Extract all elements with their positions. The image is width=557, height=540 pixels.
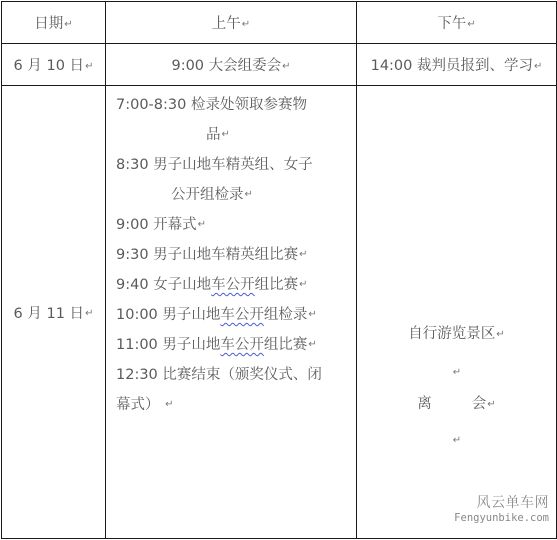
spellcheck-underlined-text[interactable]: 车公开 [211, 277, 255, 293]
schedule-item-text: 自行游览景区 [408, 326, 495, 342]
spellcheck-underlined-text[interactable]: 车公开 [220, 337, 264, 353]
list-item-continuation: 品↵ [116, 120, 350, 150]
schedule-item-text: 11:00 男子山地 [116, 337, 220, 353]
paragraph-mark-icon: ↵ [534, 61, 542, 72]
morning-schedule-cell[interactable]: 7:00-8:30 检录处领取参赛物 品↵ 8:30 男子山地车精英组、女子 公… [106, 86, 357, 539]
table-row: 6 月 10 日↵ 9:00 大会组委会↵ 14:00 裁判员报到、学习↵ [2, 44, 557, 86]
paragraph-mark-icon: ↵ [245, 189, 253, 200]
header-afternoon: 下午 [437, 16, 466, 32]
header-date: 日期 [34, 16, 63, 32]
header-morning: 上午 [212, 16, 241, 32]
schedule-item-text: 组检录 [264, 307, 308, 323]
header-afternoon-cell[interactable]: 下午↵ [357, 2, 557, 44]
paragraph-mark-icon: ↵ [453, 367, 461, 378]
paragraph-mark-icon: ↵ [85, 61, 93, 72]
paragraph-mark-icon: ↵ [308, 339, 316, 350]
empty-paragraph: ↵ [357, 364, 556, 384]
morning-text: 9:00 大会组委会 [171, 58, 281, 74]
paragraph-mark-icon: ↵ [242, 19, 250, 30]
schedule-item-text: 7:00-8:30 检录处领取参赛物 [116, 97, 307, 113]
watermark-cn: 风云单车网 [454, 496, 549, 511]
list-item: 自行游览景区↵ [357, 322, 556, 342]
list-item: 9:40 女子山地车公开组比赛↵ [116, 270, 350, 300]
morning-schedule-list: 7:00-8:30 检录处领取参赛物 品↵ 8:30 男子山地车精英组、女子 公… [106, 86, 356, 420]
schedule-item-text: 12:30 比赛结束（颁奖仪式、闭 [116, 367, 322, 383]
schedule-item-text: 8:30 男子山地车精英组、女子 [116, 157, 313, 173]
schedule-item-text: 10:00 男子山地 [116, 307, 220, 323]
list-item: 7:00-8:30 检录处领取参赛物 [116, 90, 350, 120]
list-item-continuation: 公开组检录↵ [116, 180, 350, 210]
paragraph-mark-icon: ↵ [85, 308, 93, 319]
empty-paragraph: ↵ [357, 432, 556, 452]
paragraph-mark-icon: ↵ [299, 279, 307, 290]
date-cell[interactable]: 6 月 10 日↵ [2, 44, 106, 86]
schedule-item-text: 幕式） [116, 397, 160, 413]
date-text: 6 月 11 日 [14, 306, 85, 322]
schedule-item-text: 组比赛 [255, 277, 299, 293]
header-morning-cell[interactable]: 上午↵ [106, 2, 357, 44]
date-cell[interactable]: 6 月 11 日↵ [2, 86, 106, 539]
schedule-item-text: 离 [417, 396, 432, 412]
list-item: 10:00 男子山地车公开组检录↵ [116, 300, 350, 330]
list-item: 离会↵ [357, 392, 556, 412]
paragraph-mark-icon: ↵ [222, 129, 230, 140]
paragraph-mark-icon: ↵ [198, 219, 206, 230]
paragraph-mark-icon: ↵ [308, 309, 316, 320]
schedule-item-text: 公开组检录 [171, 187, 244, 203]
list-item: 9:00 开幕式↵ [116, 210, 350, 240]
list-item: 8:30 男子山地车精英组、女子 [116, 150, 350, 180]
paragraph-mark-icon: ↵ [487, 399, 495, 410]
paragraph-mark-icon: ↵ [282, 61, 290, 72]
list-item: 11:00 男子山地车公开组比赛↵ [116, 330, 350, 360]
afternoon-text: 14:00 裁判员报到、学习 [371, 58, 533, 74]
list-item-continuation: 幕式） ↵ [116, 390, 350, 420]
table-row: 6 月 11 日↵ 7:00-8:30 检录处领取参赛物 品↵ 8:30 男子山… [2, 86, 557, 539]
spellcheck-underlined-text[interactable]: 车公开 [220, 307, 264, 323]
watermark: 风云单车网 Fengyunbike.com [454, 496, 549, 526]
list-item: 12:30 比赛结束（颁奖仪式、闭 [116, 360, 350, 390]
header-row: 日期↵ 上午↵ 下午↵ [2, 2, 557, 44]
list-item: 9:30 男子山地车精英组比赛↵ [116, 240, 350, 270]
schedule-item-text: 9:00 开幕式 [116, 217, 197, 233]
header-date-cell[interactable]: 日期↵ [2, 2, 106, 44]
afternoon-cell[interactable]: 14:00 裁判员报到、学习↵ [357, 44, 557, 86]
date-text: 6 月 10 日 [14, 58, 85, 74]
paragraph-mark-icon: ↵ [496, 329, 504, 340]
schedule-item-text: 9:30 男子山地车精英组比赛 [116, 247, 298, 263]
schedule-table: 日期↵ 上午↵ 下午↵ 6 月 10 日↵ 9:00 大会组委会↵ 14:00 … [1, 1, 557, 539]
paragraph-mark-icon: ↵ [299, 249, 307, 260]
morning-cell[interactable]: 9:00 大会组委会↵ [106, 44, 357, 86]
paragraph-mark-icon: ↵ [165, 399, 173, 410]
paragraph-mark-icon: ↵ [453, 435, 461, 446]
paragraph-mark-icon: ↵ [64, 19, 72, 30]
paragraph-mark-icon: ↵ [467, 19, 475, 30]
schedule-item-text: 9:40 女子山地 [116, 277, 211, 293]
watermark-en: Fengyunbike.com [454, 511, 549, 526]
schedule-item-text: 组比赛 [264, 337, 308, 353]
schedule-item-text: 会 [472, 396, 487, 412]
schedule-item-text: 品 [206, 127, 221, 143]
afternoon-schedule: 自行游览景区↵ ↵ 离会↵ ↵ [357, 322, 556, 452]
afternoon-schedule-cell[interactable]: 自行游览景区↵ ↵ 离会↵ ↵ [357, 86, 557, 539]
